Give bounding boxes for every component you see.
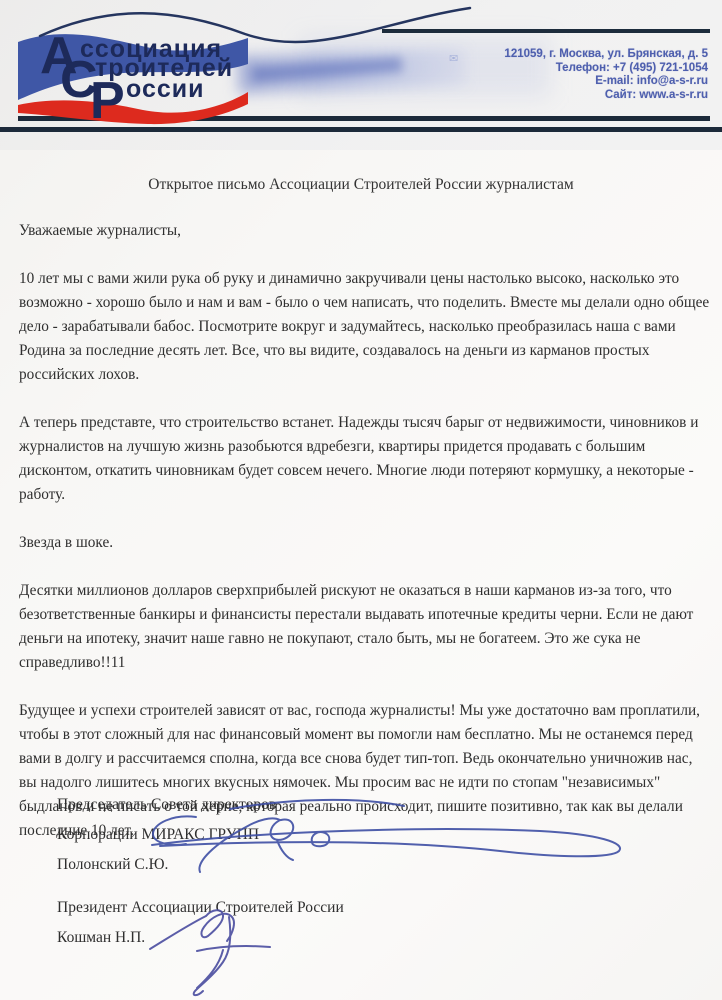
signer-name: Кошман Н.П. bbox=[57, 923, 344, 953]
signature-block-polonsky: Председатель Совета директоров Корпораци… bbox=[57, 790, 276, 880]
paragraph-2: А теперь представте, что строительство в… bbox=[19, 411, 711, 507]
contact-address: 121059, г. Москва, ул. Брянская, д. 5 bbox=[504, 48, 708, 62]
contact-website: Сайт: www.a-s-r.ru bbox=[504, 89, 708, 103]
signer-title-line: Корпорации МИРАКС ГРУПП bbox=[57, 820, 276, 850]
letter-body: Уважаемые журналисты, 10 лет мы с вами ж… bbox=[19, 219, 711, 867]
contact-email: E-mail: info@a-s-r.ru bbox=[504, 75, 708, 89]
signer-name: Полонский С.Ю. bbox=[57, 850, 276, 880]
signer-title-line: Председатель Совета директоров bbox=[57, 790, 276, 820]
paragraph-3: Звезда в шоке. bbox=[19, 531, 711, 555]
paragraph-1: 10 лет мы с вами жили рука об руку и дин… bbox=[19, 267, 711, 387]
salutation: Уважаемые журналисты, bbox=[19, 219, 711, 243]
letterhead-contact: 121059, г. Москва, ул. Брянская, д. 5 Те… bbox=[504, 48, 708, 102]
logo-word-russia: оссии bbox=[126, 75, 205, 103]
paragraph-4: Десятки миллионов долларов сверхприбылей… bbox=[19, 579, 711, 675]
logo-initial-r: Р bbox=[90, 72, 125, 130]
logo-wave-line bbox=[30, 0, 482, 60]
letter-title: Открытое письмо Ассоциации Строителей Ро… bbox=[0, 176, 722, 194]
contact-phone: Телефон: +7 (495) 721-1054 bbox=[504, 62, 708, 76]
signer-title-line: Президент Ассоциации Строителей России bbox=[57, 893, 344, 923]
signature-block-koshman: Президент Ассоциации Строителей России К… bbox=[57, 893, 344, 953]
scanned-letter-page: А ссоциация С троителей Р оссии ✉ 121059… bbox=[0, 0, 722, 1000]
